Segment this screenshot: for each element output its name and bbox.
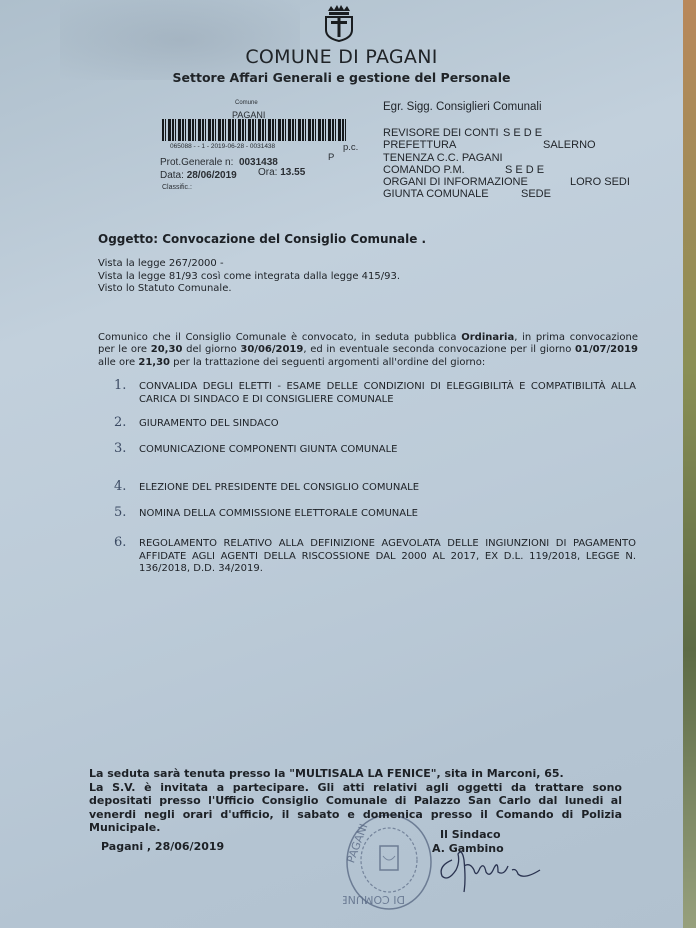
protocol-date: Data: 28/06/2019 <box>160 170 237 181</box>
agenda-text: ELEZIONE DEL PRESIDENTE DEL CONSIGLIO CO… <box>139 482 636 495</box>
agenda-number: 3. <box>114 443 126 456</box>
coat-of-arms-icon <box>322 4 356 42</box>
svg-text:DI COMUNE: DI COMUNE <box>343 893 405 906</box>
recipients-block: Egr. Sigg. Consiglieri Comunali REVISORE… <box>383 101 542 201</box>
place-date: Pagani , 28/06/2019 <box>101 840 224 853</box>
recipient-row: ORGANI DI INFORMAZIONELORO SEDI <box>383 176 542 188</box>
agenda-text: NOMINA DELLA COMMISSIONE ELETTORALE COMU… <box>139 508 636 521</box>
stamp-p: P <box>328 152 334 163</box>
recipient-row: GIUNTA COMUNALESEDE <box>383 188 542 200</box>
recipient-row: COMANDO P.M.S E D E <box>383 164 542 176</box>
recipient-row: REVISORE DEI CONTIS E D E <box>383 127 542 139</box>
recipient-row: TENENZA C.C. PAGANI <box>383 152 542 164</box>
announcement-paragraph: Comunico che il Consiglio Comunale è con… <box>98 332 638 369</box>
subject-line: Oggetto: Convocazione del Consiglio Comu… <box>98 232 426 246</box>
premise: Vista la legge 267/2000 - <box>98 258 400 271</box>
premise: Visto lo Statuto Comunale. <box>98 283 400 296</box>
agenda-number: 5. <box>114 507 126 520</box>
department-subtitle: Settore Affari Generali e gestione del P… <box>0 70 683 85</box>
page-title: COMUNE DI PAGANI <box>0 46 683 68</box>
document-page: COMUNE DI PAGANI Settore Affari Generali… <box>0 0 683 928</box>
venue-line: La seduta sarà tenuta presso la "MULTISA… <box>89 767 622 781</box>
protocol-time: Ora: 13.55 <box>258 167 305 178</box>
agenda-number: 1. <box>114 380 126 393</box>
footer-notice: La seduta sarà tenuta presso la "MULTISA… <box>89 767 622 835</box>
agenda-number: 4. <box>114 481 126 494</box>
agenda-number: 2. <box>114 417 126 430</box>
agenda-text: CONVALIDA DEGLI ELETTI - ESAME DELLE CON… <box>139 381 636 406</box>
invitation-text: La S.V. è invitata a partecipare. Gli at… <box>89 781 622 835</box>
stamp-classification: Classific.: <box>162 184 192 191</box>
stamp-comune-label: Comune <box>235 100 258 106</box>
recipient-row: PREFETTURASALERNO <box>383 139 542 151</box>
barcode <box>162 119 347 141</box>
agenda-number: 6. <box>114 537 126 550</box>
recipients-heading: Egr. Sigg. Consiglieri Comunali <box>383 101 542 113</box>
stamp-pc: p.c. <box>343 142 358 153</box>
premises: Vista la legge 267/2000 - Vista la legge… <box>98 258 400 296</box>
agenda-text: COMUNICAZIONE COMPONENTI GIUNTA COMUNALE <box>139 444 636 457</box>
barcode-text: 065088 - - 1 - 2019-06-28 - 0031438 <box>170 143 275 150</box>
handwritten-signature-icon <box>430 840 560 895</box>
premise: Vista la legge 81/93 così come integrata… <box>98 271 400 284</box>
agenda-text: REGOLAMENTO RELATIVO ALLA DEFINIZIONE AG… <box>139 538 636 576</box>
agenda-text: GIURAMENTO DEL SINDACO <box>139 418 636 431</box>
